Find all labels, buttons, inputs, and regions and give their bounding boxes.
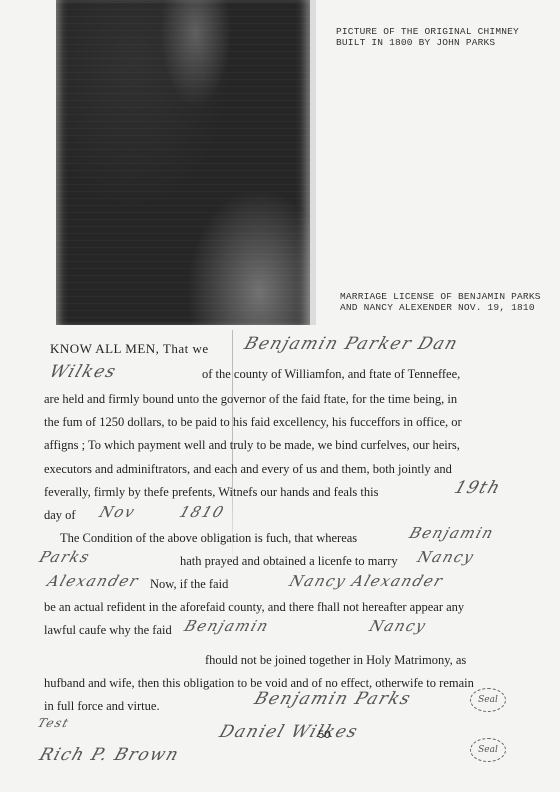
form-line: of the county of Williamfon, and ftate o… [202, 367, 460, 382]
handwritten-bride: Nancy [415, 548, 477, 566]
handwritten-couple-bride: Nancy [367, 617, 429, 635]
handwritten-year: 1810 [177, 503, 227, 521]
form-line: day of [44, 508, 76, 523]
signature-groom: Benjamin Parks [252, 689, 414, 709]
seal-1: Seal [470, 688, 506, 712]
handwritten-day: 19th [452, 478, 504, 498]
form-line: affigns ; To which payment well and trul… [44, 438, 460, 453]
license-caption: MARRIAGE LICENSE OF BENJAMIN PARKSAND NA… [340, 291, 541, 313]
handwritten-groom: Benjamin [407, 524, 497, 542]
form-line: in full force and virtue. [44, 699, 160, 714]
handwritten-groom-surname: Parks [37, 548, 93, 566]
witness-label: Test [36, 716, 72, 730]
form-line: executors and adminiftrators, and each a… [44, 462, 452, 477]
signature-bondsman: Daniel Wilkes [217, 722, 361, 742]
stamp-number: 50 [318, 729, 330, 741]
form-line: be an actual refident in the aforefaid c… [44, 600, 464, 615]
handwritten-bride-full: Nancy Alexander [287, 572, 446, 590]
form-line: The Condition of the above obligation is… [60, 531, 357, 546]
form-line: fhould not be joined together in Holy Ma… [205, 653, 466, 668]
photo-caption: PICTURE OF THE ORIGINAL CHIMNEYBUILT IN … [336, 26, 519, 48]
chimney-photo [56, 0, 316, 325]
seal-2: Seal [470, 738, 506, 762]
form-heading: KNOW ALL MEN, That we [50, 341, 209, 357]
form-line: feverally, firmly by thefe prefents, Wit… [44, 485, 378, 500]
handwritten-principal: Benjamin Parker Dan [242, 334, 461, 354]
handwritten-principal-2: Wilkes [47, 362, 120, 382]
form-line: Now, if the faid [150, 577, 228, 592]
form-line: the fum of 1250 dollars, to be paid to h… [44, 415, 462, 430]
handwritten-bride-surname: Alexander [45, 572, 142, 590]
form-line: are held and firmly bound unto the gover… [44, 392, 457, 407]
form-line: hath prayed and obtained a licenfe to ma… [180, 554, 398, 569]
signature-witness: Rich P. Brown [37, 745, 182, 765]
handwritten-month: Nov [97, 503, 138, 521]
handwritten-couple-groom: Benjamin [182, 617, 272, 635]
form-line: lawful caufe why the faid [44, 623, 172, 638]
